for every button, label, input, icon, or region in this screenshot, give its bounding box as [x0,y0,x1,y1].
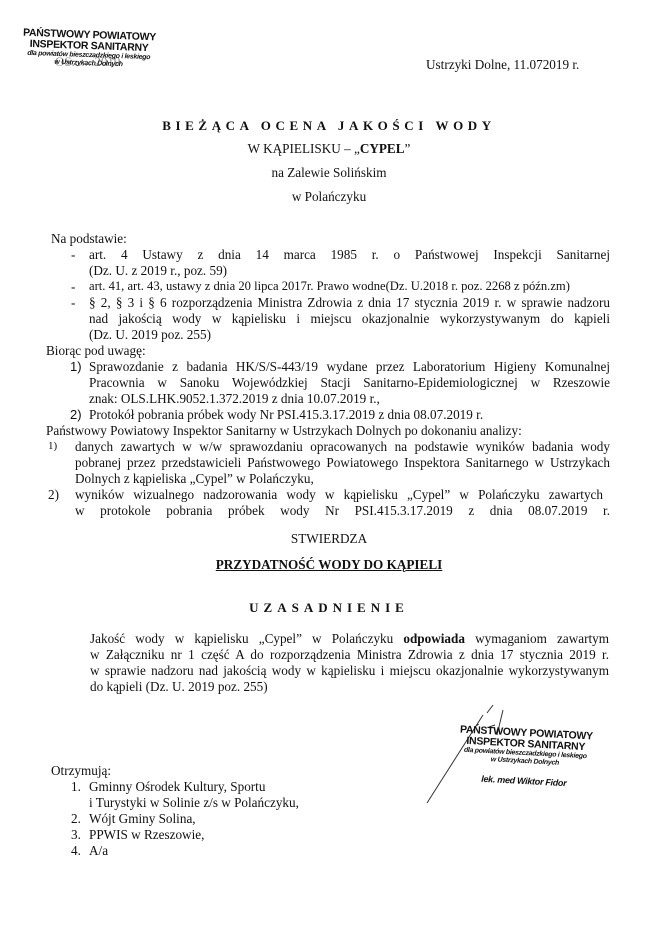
basis-item-1-line-2: (Dz. U. z 2019 r., poz. 59) [89,263,227,279]
basis-item-3-line-1: § 2, § 3 i § 6 rozporządzenia Ministra Z… [89,295,610,311]
recipient-3-line-1: PPWIS w Rzeszowie, [89,827,204,843]
considering-item-1-line-2: Pracownia w Sanoku Wojewódzkiej Stacji S… [89,375,610,391]
recipient-1-line-1: Gminny Ośrodek Kultury, Sportu [89,779,265,795]
justification-text-a: Jakość wody w kąpielisku „Cypel” w Polań… [90,631,403,646]
considering-heading: Biorąc pod uwagę: [46,343,146,359]
basis-item-3-line-3: (Dz. U. 2019 poz. 255) [89,327,211,343]
analysis-item-2-line-1: wyników wizualnego nadzorowania wody w k… [75,487,603,503]
recipient-2-line-1: Wójt Gminy Solina, [89,811,196,827]
justification-line-2: w Załączniku nr 1 część A do rozporządze… [90,647,609,663]
decision-statement: PRZYDATNOŚĆ WODY DO KĄPIELI [0,557,658,573]
considering-item-2-marker: 2) [70,407,82,423]
title-prefix: W KĄPIELISKU – „ [248,141,360,156]
basis-heading: Na podstawie: [51,231,127,247]
justification-line-4: do kąpieli (Dz. U. 2019 poz. 255) [90,679,268,695]
justification-verdict: odpowiada [403,631,465,646]
analysis-item-1-line-2: pobranej przez przedstawicieli Państwowe… [75,455,610,471]
considering-item-1-line-1: Sprawozdanie z badania HK/S/S-443/19 wyd… [89,359,610,375]
document-title: BIEŻĄCA OCENA JAKOŚCI WODY [0,118,658,134]
recipient-2-number: 2. [71,811,81,827]
justification-line-1: Jakość wody w kąpielisku „Cypel” w Polań… [90,631,609,647]
recipient-4-line-1: A/a [89,843,108,859]
analysis-item-1-line-3: Dolnych z kąpieliska „Cypel” w Polańczyk… [75,471,314,487]
analysis-heading: Państwowy Powiatowy Inspektor Sanitarny … [46,423,522,439]
basis-item-1-line-1: art. 4 Ustawy z dnia 14 marca 1985 r. o … [89,247,610,263]
title-bathing-site: W KĄPIELISKU – „CYPEL” [0,141,658,157]
signature-stamp: PAŃSTWOWY POWIATOWY INSPEKTOR SANITARNY … [439,724,612,794]
basis-item-2-marker: - [71,279,75,295]
basis-item-3-line-2: nad jakością wody w kąpielisku i miejscu… [89,311,610,327]
recipient-4-number: 4. [71,843,81,859]
reference-number: OS.......2019 [55,54,120,70]
justification-line-3: w sprawie nadzoru nad jakością wody w ką… [90,663,609,679]
place-date: Ustrzyki Dolne, 11.072019 r. [426,57,579,73]
basis-item-2-line-1: art. 41, art. 43, ustawy z dnia 20 lipca… [89,279,570,295]
recipient-1-number: 1. [71,779,81,795]
title-site-name: CYPEL [360,141,405,156]
basis-item-1-marker: - [71,247,75,263]
considering-item-1-line-3: znak: OLS.LHK.9052.1.372.2019 z dnia 10.… [89,391,380,407]
decision-statement-text: PRZYDATNOŚĆ WODY DO KĄPIELI [216,557,443,572]
basis-item-3-marker: - [71,295,75,311]
analysis-item-1-line-1: danych zawartych w w/w sprawozdaniu opra… [75,439,610,455]
recipients-heading: Otrzymują: [51,763,111,779]
decision-verb: STWIERDZA [0,531,658,547]
considering-item-1-marker: 1) [70,359,82,375]
analysis-item-1-marker: 1) [48,439,57,455]
recipient-3-number: 3. [71,827,81,843]
title-suffix: ” [405,141,411,156]
analysis-item-2-marker: 2) [48,487,59,503]
justification-heading: UZASADNIENIE [0,600,658,616]
recipient-1-line-2: i Turystyki w Solinie z/s w Polańczyku, [89,795,299,811]
analysis-item-2-line-2: w protokole pobrania próbek wody Nr PSI.… [75,503,610,519]
title-lake: na Zalewie Solińskim [0,165,658,181]
title-town: w Polańczyku [0,189,658,205]
justification-text-b: wymaganiom zawartym [465,631,609,646]
considering-item-2-line-1: Protokół pobrania próbek wody Nr PSI.415… [89,407,483,423]
